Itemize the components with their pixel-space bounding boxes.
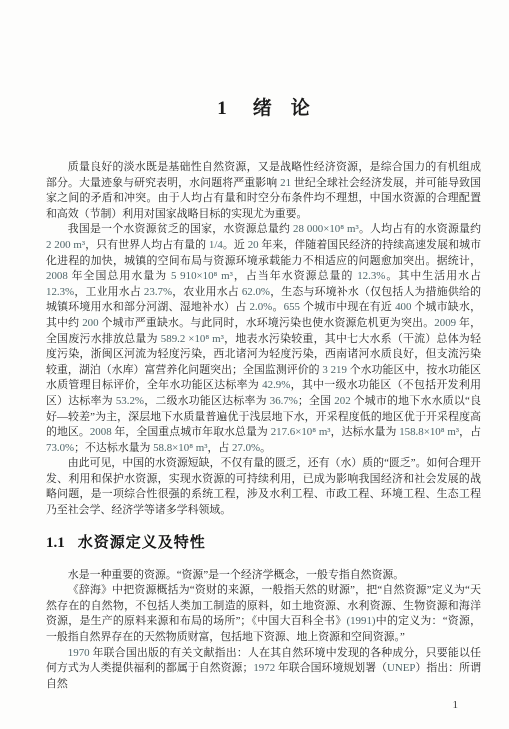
- section-paragraph-1: 水是一种重要的资源。“资源”是一个经济学概念，一般专指自然资源。: [46, 568, 481, 584]
- section-number: 1.1: [46, 534, 65, 553]
- section-paragraph-2: 《辞海》中把资源概括为“资财的来源，一般指天然的财源”，把“自然资源”定义为“天…: [46, 583, 481, 645]
- intro-paragraph-3: 由此可见，中国的水资源短缺，不仅有量的匮乏，还有（水）质的“匮乏”。如何合理开发…: [46, 456, 481, 518]
- page-footer: 1: [46, 695, 481, 713]
- chapter-number: 1: [217, 96, 227, 122]
- chapter-title: 绪 论: [253, 96, 310, 122]
- book-page: 1 绪 论 质量良好的淡水既是基础性自然资源，又是战略性经济资源，是综合国力的有…: [0, 0, 509, 729]
- intro-paragraph-1: 质量良好的淡水既是基础性自然资源，又是战略性经济资源，是综合国力的有机组成部分。…: [46, 160, 481, 222]
- page-number: 1: [453, 699, 459, 711]
- section-title: 水资源定义及特性: [78, 533, 206, 552]
- intro-section: 质量良好的淡水既是基础性自然资源，又是战略性经济资源，是综合国力的有机组成部分。…: [46, 160, 481, 519]
- chapter-heading: 1 绪 论: [46, 96, 481, 122]
- section-paragraph-3: 1970 年联合国出版的有关文献指出：人在其自然环境中发现的各种成分，只要能以任…: [46, 646, 481, 693]
- section-body: 水是一种重要的资源。“资源”是一个经济学概念，一般专指自然资源。 《辞海》中把资…: [46, 568, 481, 693]
- section-heading: 1.1 水资源定义及特性: [46, 533, 481, 553]
- intro-paragraph-2: 我国是一个水资源贫乏的国家，水资源总量约 28 000×10⁸ m³。人均占有的…: [46, 222, 481, 456]
